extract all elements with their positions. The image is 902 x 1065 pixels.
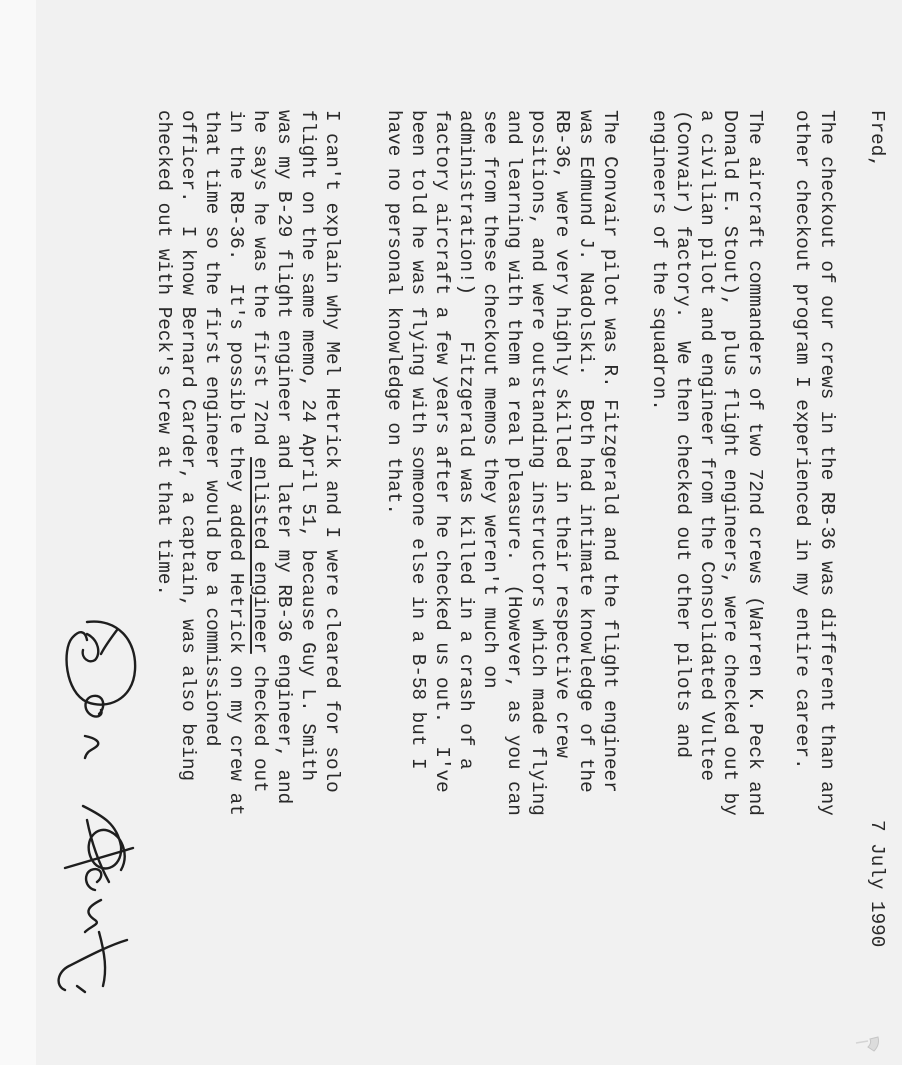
text-segment: checked out — [249, 654, 271, 793]
text-line: positions, and were outstanding instruct… — [526, 110, 550, 816]
text-line: factory aircraft a few years after he ch… — [430, 110, 454, 793]
text-line: have no personal knowledge on that. — [382, 110, 406, 515]
text-line: was Edmund J. Nadolski. Both had intimat… — [574, 110, 598, 793]
text-line: was my B-29 flight engineer and later my… — [272, 110, 296, 804]
letter-date: 7 July 1990 — [865, 820, 889, 947]
text-line: other checkout program I experienced in … — [790, 110, 814, 770]
text-line: flight on the same memo, 24 April 51, be… — [296, 110, 320, 781]
letter-page: Fred, 7 July 1990 The checkout of our cr… — [0, 0, 902, 1065]
text-line: The aircraft commanders of two 72nd crew… — [743, 110, 767, 816]
text-line-with-underline: he says he was the first 72nd enlisted e… — [248, 110, 272, 793]
salutation: Fred, — [865, 110, 889, 168]
text-line: Donald E. Stout), plus flight engineers,… — [718, 110, 742, 816]
text-line: officer. I know Bernard Carder, a captai… — [176, 110, 200, 781]
text-line: in the RB-36. It's possible they added H… — [224, 110, 248, 816]
handwritten-signature-icon: Don Stout — [47, 610, 157, 1030]
text-line: RB-36, were very highly skilled in their… — [550, 110, 574, 758]
text-segment: he says he was the first 72nd — [249, 110, 271, 457]
text-line: administration!) Fitzgerald was killed i… — [454, 110, 478, 770]
text-line: and learning with them a real pleasure. … — [502, 110, 526, 816]
text-line: a civilian pilot and engineer from the C… — [695, 110, 719, 781]
text-line: The checkout of our crews in the RB-36 w… — [815, 110, 839, 816]
text-line: (Convair) factory. We then checked out o… — [671, 110, 695, 758]
text-line: checked out with Peck's crew at that tim… — [152, 110, 176, 596]
text-line: that time so the first engineer would be… — [200, 110, 224, 746]
text-line: been told he was flying with someone els… — [406, 110, 430, 770]
text-line: engineers of the squadron. — [647, 110, 671, 411]
text-line: The Convair pilot was R. Fitzgerald and … — [598, 110, 622, 793]
text-line: I can't explain why Mel Hetrick and I we… — [320, 110, 344, 793]
staple-mark-icon — [852, 1033, 882, 1055]
underlined-phrase: enlisted engineer — [249, 457, 271, 654]
text-line: see from these checkout memos they weren… — [478, 110, 502, 689]
